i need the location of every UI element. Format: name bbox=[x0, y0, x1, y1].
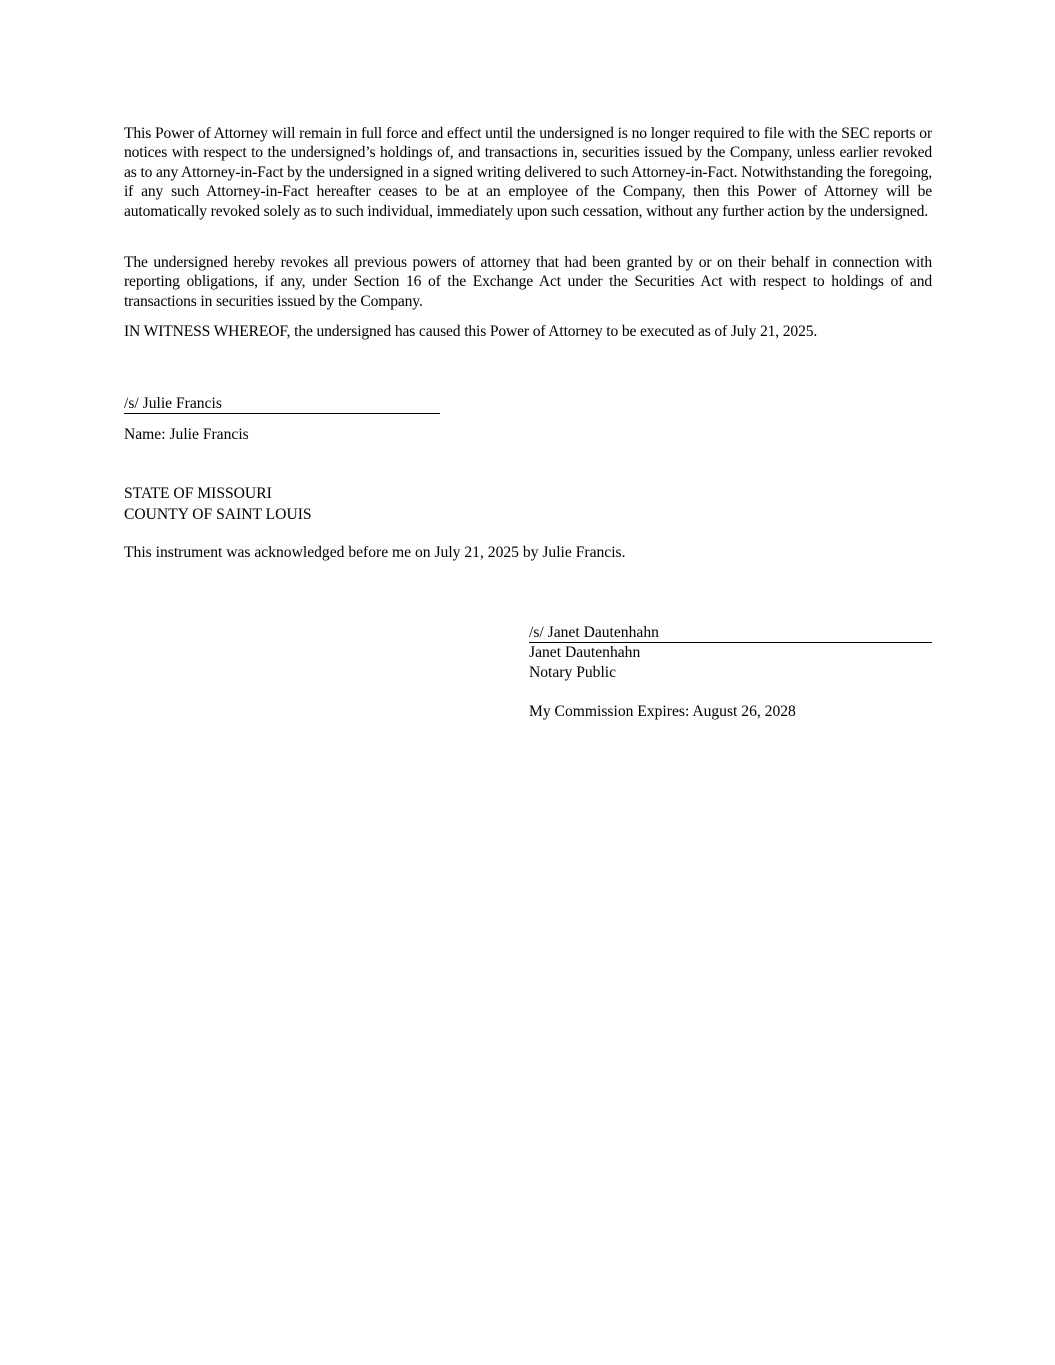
signer-signature-line: /s/ Julie Francis bbox=[124, 395, 440, 414]
witness-clause: IN WITNESS WHEREOF, the undersigned has … bbox=[124, 322, 932, 341]
document-page: This Power of Attorney will remain in fu… bbox=[0, 0, 1055, 1365]
notary-county: COUNTY OF SAINT LOUIS bbox=[124, 505, 312, 524]
notary-state: STATE OF MISSOURI bbox=[124, 484, 272, 503]
commission-expiration: My Commission Expires: August 26, 2028 bbox=[529, 702, 796, 721]
signer-name: Name: Julie Francis bbox=[124, 425, 249, 444]
notary-title: Notary Public bbox=[529, 663, 616, 682]
revocation-terms-paragraph: This Power of Attorney will remain in fu… bbox=[124, 124, 932, 221]
notary-signature: /s/ Janet Dautenhahn bbox=[529, 624, 659, 641]
notary-signature-line: /s/ Janet Dautenhahn bbox=[529, 624, 932, 643]
signer-signature: /s/ Julie Francis bbox=[124, 395, 222, 412]
notary-name: Janet Dautenhahn bbox=[529, 643, 640, 662]
acknowledgment-statement: This instrument was acknowledged before … bbox=[124, 543, 626, 562]
prior-powers-revocation-paragraph: The undersigned hereby revokes all previ… bbox=[124, 253, 932, 311]
